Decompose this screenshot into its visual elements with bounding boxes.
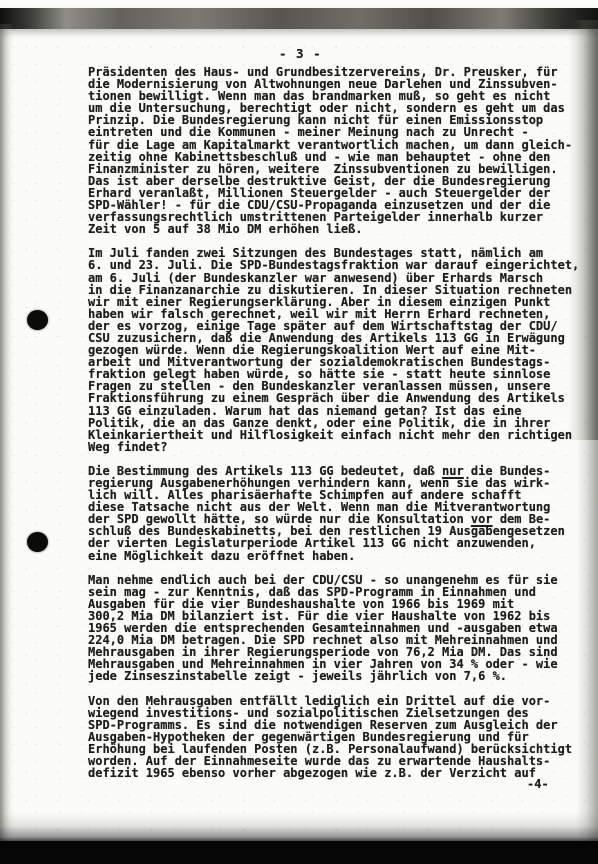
text-segment: jede Zinseszinstabelle zeigt - jeweils j… bbox=[88, 669, 507, 683]
text-line: eine Möglichkeit dazu eröffnet haben. bbox=[88, 550, 584, 562]
text-segment: Weg findet? bbox=[88, 440, 167, 454]
text-segment: Zeit von 5 auf 38 Mio DM erhöhen ließ. bbox=[88, 222, 363, 236]
document-body: Präsidenten des Haus- und Grundbesitzerv… bbox=[88, 66, 584, 791]
page-number-footer: -4- bbox=[527, 777, 549, 791]
text-segment: defizit 1965 ebenso vorher abgezogen wie… bbox=[88, 766, 536, 780]
paragraph: Präsidenten des Haus- und Grundbesitzerv… bbox=[88, 66, 584, 235]
hole-punch-icon bbox=[27, 310, 48, 330]
page-number-header: - 3 - bbox=[279, 46, 322, 61]
text-segment: eine Möglichkeit dazu eröffnet haben. bbox=[88, 549, 355, 563]
paragraph: Im Juli fanden zwei Sitzungen des Bundes… bbox=[88, 247, 584, 453]
left-scan-edge-artifact bbox=[0, 24, 14, 846]
paragraph: Die Bestimmung des Artikels 113 GG bedeu… bbox=[88, 465, 584, 562]
text-line: jede Zinseszinstabelle zeigt - jeweils j… bbox=[88, 670, 584, 682]
text-line: Weg findet? bbox=[88, 441, 584, 453]
scanned-document-page: - 3 - Präsidenten des Haus- und Grundbes… bbox=[0, 0, 598, 864]
text-line: Zeit von 5 auf 38 Mio DM erhöhen ließ. bbox=[88, 223, 584, 235]
bottom-scan-edge-artifact bbox=[0, 841, 598, 864]
top-scan-edge-artifact bbox=[0, 8, 598, 29]
bottom-scan-fade-artifact bbox=[0, 812, 598, 843]
text-line: defizit 1965 ebenso vorher abgezogen wie… bbox=[88, 767, 584, 779]
hole-punch-icon bbox=[27, 532, 48, 552]
paragraph: Man nehme endlich auch bei der CDU/CSU -… bbox=[88, 574, 584, 683]
paragraph: Von den Mehrausgaben entfällt lediglich … bbox=[88, 695, 584, 780]
